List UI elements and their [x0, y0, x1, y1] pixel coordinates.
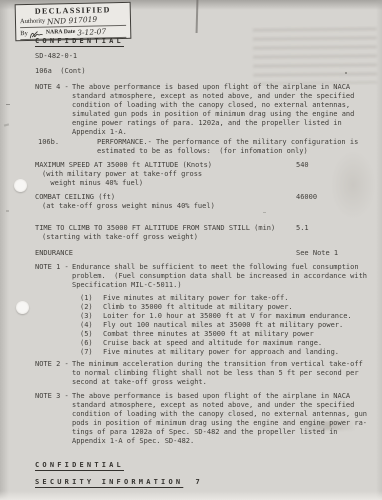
- crease-line: [196, 0, 198, 33]
- endurance-steps-list: (1) Five minutes at military power for t…: [80, 294, 352, 357]
- note-text: Endurance shall be sufficient to meet th…: [72, 263, 367, 290]
- footer-security-line: SECURITY INFORMATION 7: [35, 478, 200, 487]
- step-text: Five minutes at military power for take-…: [103, 294, 288, 303]
- step-number: (6): [80, 339, 103, 348]
- scan-edge-bottom: [0, 491, 382, 500]
- step-text: Five minutes at military power for appro…: [103, 348, 339, 357]
- note-text: The minimum acceleration during the tran…: [72, 360, 363, 387]
- step-number: (7): [80, 348, 103, 357]
- perf-sub-label: (with military power at take-off gross w…: [42, 170, 365, 188]
- perf-value: 46000: [296, 193, 317, 202]
- margin-mark: [6, 104, 10, 105]
- perf-sub-label: (at take-off gross weight minus 40% fuel…: [42, 202, 365, 211]
- authority-label: Authority: [20, 16, 46, 28]
- list-item: (5) Combat three minutes at 35000 ft at …: [80, 330, 352, 339]
- ink-bleedthrough: [253, 27, 378, 84]
- note-label: NOTE 2 -: [35, 360, 72, 387]
- list-item: (2) Climb to 35000 ft altitude at milita…: [80, 303, 352, 312]
- perf-label: TIME TO CLIMB TO 35000 FT ALTITUDE FROM …: [35, 224, 365, 233]
- list-item: (1) Five minutes at military power for t…: [80, 294, 352, 303]
- table-row: COMBAT CEILING (ft) 46000 (at take-off g…: [35, 193, 365, 211]
- perf-value: See Note 1: [296, 249, 338, 258]
- perf-value: 5.1: [296, 224, 309, 233]
- note-text: The above performance is based upon flig…: [72, 83, 354, 137]
- scanned-document-page: DECLASSIFIED Authority NND 917019 By NAR…: [0, 0, 382, 500]
- classification-heading: CONFIDENTIAL: [35, 37, 124, 46]
- note-text: The above performance is based upon flig…: [72, 392, 367, 446]
- item-106b: 106b. PERFORMANCE.- The performance of t…: [38, 138, 358, 156]
- note-2: NOTE 2 - The minimum acceleration during…: [35, 360, 363, 387]
- declassified-stamp: DECLASSIFIED Authority NND 917019 By NAR…: [15, 2, 132, 41]
- margin-mark: [6, 210, 9, 212]
- note-4: NOTE 4 - The above performance is based …: [35, 83, 354, 137]
- perf-sub-label: (starting with take-off gross weight): [42, 233, 365, 242]
- note-label: NOTE 4 -: [35, 83, 72, 137]
- table-row: ENDURANCE See Note 1: [35, 249, 365, 258]
- note-1: NOTE 1 - Endurance shall be sufficient t…: [35, 263, 367, 290]
- list-item: (4) Fly out 100 nautical miles at 35000 …: [80, 321, 352, 330]
- ink-speck: [263, 212, 266, 213]
- list-item: (6) Cruise back at speed and altitude fo…: [80, 339, 352, 348]
- step-number: (5): [80, 330, 103, 339]
- item-label: 106b.: [38, 138, 97, 156]
- note-3: NOTE 3 - The above performance is based …: [35, 392, 367, 446]
- step-text: Climb to 35000 ft altitude at military p…: [103, 303, 293, 312]
- step-number: (4): [80, 321, 103, 330]
- note-label: NOTE 1 -: [35, 263, 72, 290]
- step-number: (1): [80, 294, 103, 303]
- punch-hole: [16, 301, 29, 314]
- item-text: PERFORMANCE.- The performance of the mil…: [97, 138, 358, 156]
- scan-edge-left: [0, 0, 9, 500]
- note-label: NOTE 3 -: [35, 392, 72, 446]
- section-heading: 106a (Cont): [35, 67, 86, 76]
- list-item: (3) Loiter for 1.0 hour at 35000 ft at V…: [80, 312, 352, 321]
- table-row: MAXIMUM SPEED AT 35000 ft ALTITUDE (Knot…: [35, 161, 365, 188]
- step-number: (2): [80, 303, 103, 312]
- step-text: Combat three minutes at 35000 ft at mili…: [103, 330, 314, 339]
- perf-label: MAXIMUM SPEED AT 35000 ft ALTITUDE (Knot…: [35, 161, 365, 170]
- by-label: By: [20, 28, 28, 39]
- table-row: TIME TO CLIMB TO 35000 FT ALTITUDE FROM …: [35, 224, 365, 242]
- page-number: 7: [196, 478, 200, 486]
- step-text: Fly out 100 nautical miles at 35000 ft a…: [103, 321, 343, 330]
- footer-security-info: SECURITY INFORMATION: [35, 478, 183, 486]
- perf-value: 540: [296, 161, 309, 170]
- step-number: (3): [80, 312, 103, 321]
- authority-value: NND 917019: [47, 14, 98, 28]
- doc-number: SD-482-0-1: [35, 52, 77, 61]
- punch-hole: [14, 179, 27, 192]
- list-item: (7) Five minutes at military power for a…: [80, 348, 352, 357]
- ink-speck: [345, 72, 347, 74]
- step-text: Loiter for 1.0 hour at 35000 ft at V for…: [103, 312, 352, 321]
- footer-classification: CONFIDENTIAL: [35, 461, 124, 470]
- step-text: Cruise back at speed and altitude for ma…: [103, 339, 322, 348]
